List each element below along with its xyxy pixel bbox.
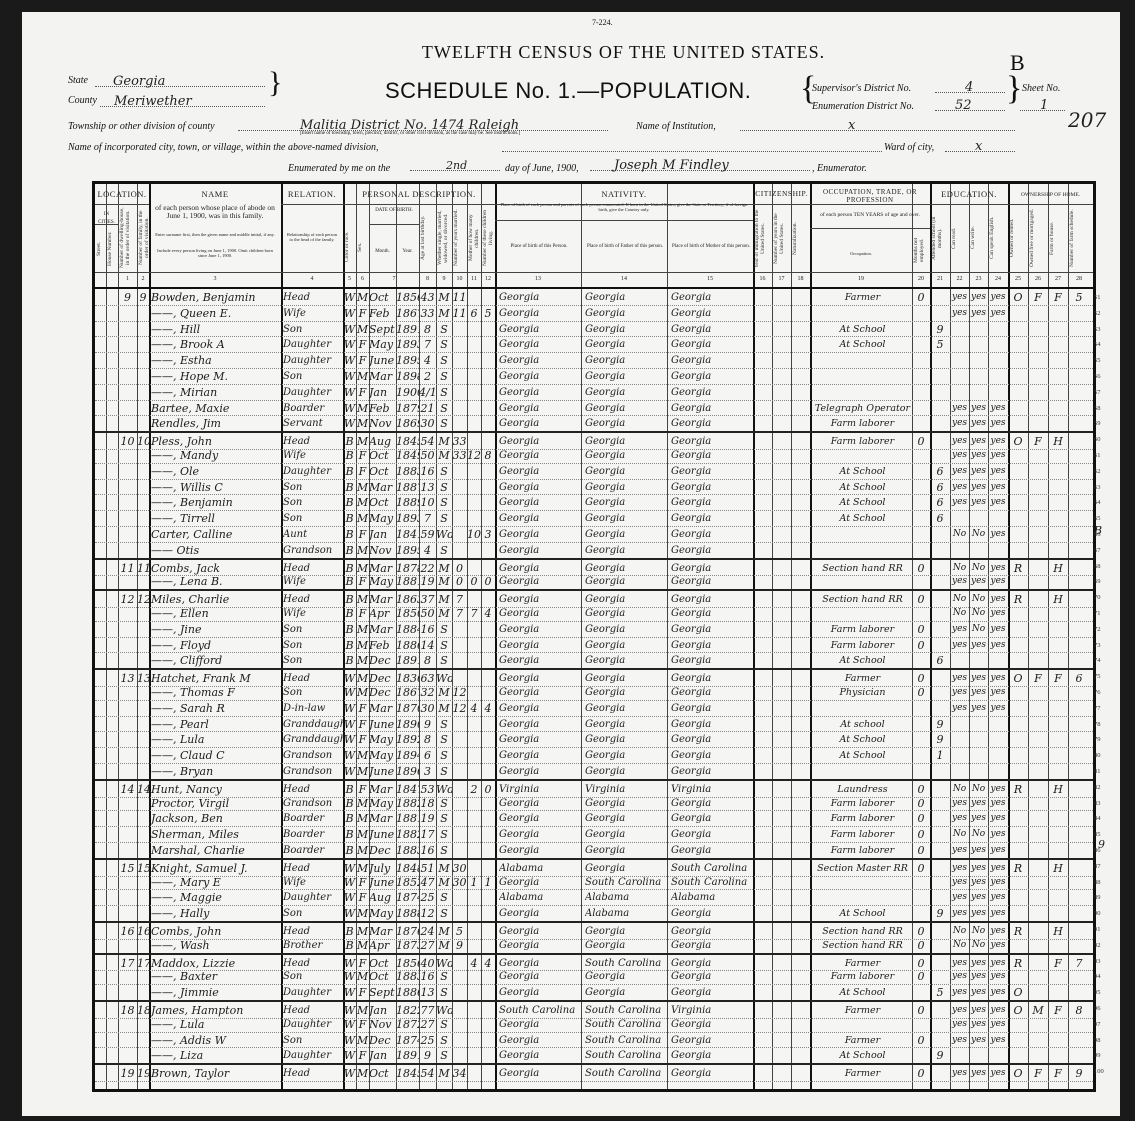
cell-bp[interactable]: Georgia bbox=[499, 415, 581, 431]
cell-bm[interactable]: South Carolina bbox=[671, 874, 753, 890]
cell-mu[interactable] bbox=[912, 447, 930, 463]
cell-name[interactable]: ——, Mandy bbox=[151, 447, 281, 463]
cell-wr[interactable]: yes bbox=[969, 684, 988, 700]
cell-farm[interactable] bbox=[1048, 463, 1068, 479]
cell-farm[interactable]: F bbox=[1048, 1065, 1068, 1081]
cell-occ[interactable]: At School bbox=[813, 747, 912, 763]
cell-year[interactable]: 1850 bbox=[396, 605, 419, 621]
cell-year[interactable]: 1898 bbox=[396, 368, 419, 384]
cell-en[interactable]: yes bbox=[988, 984, 1008, 1000]
cell-fs[interactable] bbox=[1068, 716, 1090, 732]
cell-own[interactable] bbox=[1008, 384, 1028, 400]
cell-name[interactable]: ——, Clifford bbox=[151, 652, 281, 668]
cell-ym[interactable] bbox=[452, 1047, 467, 1063]
cell-occ[interactable]: At School bbox=[813, 321, 912, 337]
cell-dw[interactable] bbox=[118, 384, 137, 400]
cell-dw[interactable] bbox=[118, 937, 137, 953]
cell-ym[interactable]: 12 bbox=[452, 684, 467, 700]
cell-color[interactable]: W bbox=[343, 968, 356, 984]
cell-dw[interactable] bbox=[118, 542, 137, 558]
cell-month[interactable]: Feb bbox=[369, 637, 396, 653]
cell-own[interactable] bbox=[1008, 526, 1028, 542]
cell-dw[interactable] bbox=[118, 716, 137, 732]
cell-color[interactable]: B bbox=[343, 810, 356, 826]
cell-bf[interactable]: Georgia bbox=[585, 400, 667, 416]
cell-month[interactable]: Dec bbox=[369, 652, 396, 668]
cell-bm[interactable]: Georgia bbox=[671, 684, 753, 700]
cell-color[interactable]: W bbox=[343, 1032, 356, 1048]
cell-bm[interactable]: Georgia bbox=[671, 352, 753, 368]
cell-sch[interactable] bbox=[930, 937, 950, 953]
cell-bp[interactable]: Georgia bbox=[499, 621, 581, 637]
cell-bp[interactable]: Georgia bbox=[499, 336, 581, 352]
cell-rd[interactable]: No bbox=[950, 826, 969, 842]
cell-free[interactable] bbox=[1028, 842, 1048, 858]
cell-en[interactable]: yes bbox=[988, 479, 1008, 495]
cell-own[interactable] bbox=[1008, 321, 1028, 337]
cell-cl[interactable] bbox=[481, 763, 495, 779]
cell-year[interactable]: 1896 bbox=[396, 763, 419, 779]
cell-year[interactable]: 1893 bbox=[396, 336, 419, 352]
cell-occ[interactable]: At school bbox=[813, 716, 912, 732]
cell-year[interactable]: 1891 bbox=[396, 321, 419, 337]
cell-fam[interactable] bbox=[137, 352, 149, 368]
cell-sch[interactable]: 5 bbox=[930, 336, 950, 352]
cell-occ[interactable]: Section hand RR bbox=[813, 937, 912, 953]
cell-free[interactable] bbox=[1028, 479, 1048, 495]
cell-year[interactable]: 1881 bbox=[396, 573, 419, 589]
cell-rel[interactable]: Head bbox=[283, 1065, 343, 1081]
cell-sex[interactable]: M bbox=[356, 494, 369, 510]
cell-bf[interactable]: Georgia bbox=[585, 336, 667, 352]
cell-rel[interactable]: Son bbox=[283, 321, 343, 337]
cell-fs[interactable] bbox=[1068, 984, 1090, 1000]
cell-mu[interactable] bbox=[912, 526, 930, 542]
cell-bm[interactable]: Georgia bbox=[671, 368, 753, 384]
cell-sch[interactable] bbox=[930, 842, 950, 858]
cell-farm[interactable] bbox=[1048, 415, 1068, 431]
cell-en[interactable] bbox=[988, 652, 1008, 668]
cell-rel[interactable]: Daughter bbox=[283, 889, 343, 905]
cell-fam[interactable] bbox=[137, 905, 149, 921]
cell-cl[interactable] bbox=[481, 826, 495, 842]
cell-farm[interactable] bbox=[1048, 573, 1068, 589]
cell-fam[interactable] bbox=[137, 795, 149, 811]
cell-month[interactable]: Jan bbox=[369, 1047, 396, 1063]
cell-color[interactable]: W bbox=[343, 874, 356, 890]
cell-fs[interactable] bbox=[1068, 747, 1090, 763]
cell-year[interactable]: 1881 bbox=[396, 810, 419, 826]
cell-color[interactable]: W bbox=[343, 731, 356, 747]
cell-free[interactable] bbox=[1028, 731, 1048, 747]
cell-rd[interactable] bbox=[950, 747, 969, 763]
cell-bf[interactable]: Georgia bbox=[585, 842, 667, 858]
cell-farm[interactable] bbox=[1048, 731, 1068, 747]
cell-free[interactable] bbox=[1028, 447, 1048, 463]
cell-rd[interactable] bbox=[950, 510, 969, 526]
cell-month[interactable]: May bbox=[369, 795, 396, 811]
cell-wr[interactable]: yes bbox=[969, 810, 988, 826]
cell-bm[interactable]: Georgia bbox=[671, 336, 753, 352]
cell-sex[interactable]: M bbox=[356, 842, 369, 858]
cell-wr[interactable] bbox=[969, 352, 988, 368]
cell-mar[interactable]: S bbox=[436, 810, 452, 826]
cell-mu[interactable] bbox=[912, 984, 930, 1000]
cell-farm[interactable] bbox=[1048, 652, 1068, 668]
cell-sex[interactable]: M bbox=[356, 968, 369, 984]
cell-occ[interactable]: Farm laborer bbox=[813, 810, 912, 826]
cell-ym[interactable]: 11 bbox=[452, 289, 467, 305]
cell-rd[interactable]: yes bbox=[950, 621, 969, 637]
cell-age[interactable]: 19 bbox=[419, 810, 436, 826]
cell-name[interactable]: Bartee, Maxie bbox=[151, 400, 281, 416]
cell-name[interactable]: ——, Hope M. bbox=[151, 368, 281, 384]
cell-cl[interactable] bbox=[481, 684, 495, 700]
cell-rd[interactable] bbox=[950, 731, 969, 747]
cell-occ[interactable]: Farm laborer bbox=[813, 968, 912, 984]
cell-age[interactable]: 50 bbox=[419, 447, 436, 463]
cell-bf[interactable]: Georgia bbox=[585, 826, 667, 842]
cell-wr[interactable]: yes bbox=[969, 874, 988, 890]
cell-rd[interactable]: yes bbox=[950, 1065, 969, 1081]
cell-year[interactable]: 1856 bbox=[396, 289, 419, 305]
cell-wr[interactable]: yes bbox=[969, 1065, 988, 1081]
cell-free[interactable] bbox=[1028, 368, 1048, 384]
cell-occ[interactable]: At School bbox=[813, 984, 912, 1000]
cell-ym[interactable]: 7 bbox=[452, 605, 467, 621]
cell-bf[interactable]: Georgia bbox=[585, 937, 667, 953]
cell-cl[interactable]: 4 bbox=[481, 700, 495, 716]
cell-sex[interactable]: M bbox=[356, 795, 369, 811]
cell-fs[interactable] bbox=[1068, 463, 1090, 479]
cell-age[interactable]: 19 bbox=[419, 573, 436, 589]
cell-name[interactable]: ——, Tirrell bbox=[151, 510, 281, 526]
cell-bp[interactable]: Georgia bbox=[499, 605, 581, 621]
cell-month[interactable]: June bbox=[369, 716, 396, 732]
cell-own[interactable] bbox=[1008, 463, 1028, 479]
cell-bm[interactable]: Georgia bbox=[671, 700, 753, 716]
cell-free[interactable] bbox=[1028, 336, 1048, 352]
cell-own[interactable] bbox=[1008, 763, 1028, 779]
cell-name[interactable]: ——, Hill bbox=[151, 321, 281, 337]
cell-month[interactable]: Mar bbox=[369, 700, 396, 716]
cell-age[interactable]: 8 bbox=[419, 321, 436, 337]
cell-rel[interactable]: Daughter bbox=[283, 463, 343, 479]
cell-mar[interactable]: M bbox=[436, 874, 452, 890]
cell-fs[interactable] bbox=[1068, 336, 1090, 352]
cell-bf[interactable]: South Carolina bbox=[585, 874, 667, 890]
cell-sch[interactable]: 6 bbox=[930, 652, 950, 668]
cell-bf[interactable]: South Carolina bbox=[585, 1032, 667, 1048]
cell-wr[interactable]: yes bbox=[969, 289, 988, 305]
cell-bp[interactable]: Georgia bbox=[499, 510, 581, 526]
cell-en[interactable]: yes bbox=[988, 463, 1008, 479]
cell-fs[interactable] bbox=[1068, 621, 1090, 637]
cell-fam[interactable] bbox=[137, 447, 149, 463]
cell-wr[interactable]: yes bbox=[969, 889, 988, 905]
cell-rel[interactable]: Daughter bbox=[283, 352, 343, 368]
cell-sch[interactable] bbox=[930, 400, 950, 416]
cell-free[interactable] bbox=[1028, 716, 1048, 732]
cell-en[interactable] bbox=[988, 1047, 1008, 1063]
cell-dw[interactable] bbox=[118, 652, 137, 668]
cell-month[interactable]: Aug bbox=[369, 889, 396, 905]
cell-fs[interactable] bbox=[1068, 352, 1090, 368]
cell-name[interactable]: Sherman, Miles bbox=[151, 826, 281, 842]
cell-rel[interactable]: Boarder bbox=[283, 400, 343, 416]
cell-occ[interactable]: Farm laborer bbox=[813, 826, 912, 842]
cell-mar[interactable]: S bbox=[436, 905, 452, 921]
cell-age[interactable]: 13 bbox=[419, 479, 436, 495]
cell-bp[interactable]: Georgia bbox=[499, 984, 581, 1000]
cell-age[interactable]: 13 bbox=[419, 984, 436, 1000]
cell-bp[interactable]: Georgia bbox=[499, 526, 581, 542]
cell-fam[interactable] bbox=[137, 368, 149, 384]
cell-own[interactable] bbox=[1008, 336, 1028, 352]
cell-rd[interactable]: yes bbox=[950, 463, 969, 479]
cell-bm[interactable]: Georgia bbox=[671, 984, 753, 1000]
cell-rel[interactable]: Wife bbox=[283, 874, 343, 890]
cell-bp[interactable]: Georgia bbox=[499, 874, 581, 890]
cell-moc[interactable] bbox=[467, 652, 481, 668]
cell-color[interactable]: B bbox=[343, 479, 356, 495]
cell-fs[interactable] bbox=[1068, 542, 1090, 558]
cell-sch[interactable]: 6 bbox=[930, 494, 950, 510]
cell-mar[interactable]: S bbox=[436, 352, 452, 368]
cell-dw[interactable] bbox=[118, 968, 137, 984]
cell-color[interactable]: B bbox=[343, 937, 356, 953]
cell-ym[interactable] bbox=[452, 1016, 467, 1032]
cell-age[interactable]: 3 bbox=[419, 763, 436, 779]
cell-year[interactable]: 1867 bbox=[396, 684, 419, 700]
cell-fs[interactable] bbox=[1068, 652, 1090, 668]
cell-bp[interactable]: Georgia bbox=[499, 842, 581, 858]
cell-age[interactable]: 8 bbox=[419, 731, 436, 747]
cell-own[interactable] bbox=[1008, 716, 1028, 732]
cell-name[interactable]: ——, Benjamin bbox=[151, 494, 281, 510]
cell-month[interactable]: May bbox=[369, 573, 396, 589]
cell-farm[interactable] bbox=[1048, 479, 1068, 495]
cell-sch[interactable] bbox=[930, 542, 950, 558]
cell-rel[interactable]: Daughter bbox=[283, 984, 343, 1000]
cell-color[interactable]: W bbox=[343, 336, 356, 352]
cell-farm[interactable] bbox=[1048, 494, 1068, 510]
cell-fam[interactable] bbox=[137, 605, 149, 621]
cell-name[interactable]: ——, Ellen bbox=[151, 605, 281, 621]
cell-en[interactable] bbox=[988, 510, 1008, 526]
cell-rd[interactable]: yes bbox=[950, 842, 969, 858]
cell-fs[interactable] bbox=[1068, 1047, 1090, 1063]
cell-en[interactable]: yes bbox=[988, 447, 1008, 463]
cell-rd[interactable]: yes bbox=[950, 1016, 969, 1032]
cell-own[interactable] bbox=[1008, 874, 1028, 890]
cell-farm[interactable] bbox=[1048, 763, 1068, 779]
cell-name[interactable]: ——, Ole bbox=[151, 463, 281, 479]
cell-bp[interactable]: Georgia bbox=[499, 289, 581, 305]
cell-dw[interactable] bbox=[118, 605, 137, 621]
cell-sch[interactable]: 6 bbox=[930, 463, 950, 479]
cell-farm[interactable] bbox=[1048, 542, 1068, 558]
cell-ym[interactable] bbox=[452, 795, 467, 811]
cell-name[interactable]: Rendles, Jim bbox=[151, 415, 281, 431]
cell-mu[interactable] bbox=[912, 1016, 930, 1032]
cell-occ[interactable] bbox=[813, 526, 912, 542]
cell-farm[interactable] bbox=[1048, 1047, 1068, 1063]
cell-mar[interactable]: S bbox=[436, 652, 452, 668]
cell-month[interactable]: May bbox=[369, 336, 396, 352]
cell-farm[interactable] bbox=[1048, 747, 1068, 763]
cell-fs[interactable] bbox=[1068, 400, 1090, 416]
cell-age[interactable]: 7 bbox=[419, 336, 436, 352]
cell-ym[interactable]: 30 bbox=[452, 874, 467, 890]
cell-age[interactable]: 18 bbox=[419, 795, 436, 811]
cell-moc[interactable] bbox=[467, 1016, 481, 1032]
cell-age[interactable]: 54 bbox=[419, 1065, 436, 1081]
cell-wr[interactable]: yes bbox=[969, 463, 988, 479]
cell-bf[interactable]: Georgia bbox=[585, 684, 667, 700]
cell-month[interactable]: Nov bbox=[369, 1016, 396, 1032]
cell-sex[interactable]: M bbox=[356, 826, 369, 842]
cell-ym[interactable] bbox=[452, 637, 467, 653]
cell-age[interactable]: 21 bbox=[419, 400, 436, 416]
cell-moc[interactable]: 6 bbox=[467, 305, 481, 321]
cell-moc[interactable] bbox=[467, 716, 481, 732]
cell-mar[interactable]: M bbox=[436, 605, 452, 621]
cell-wr[interactable]: No bbox=[969, 826, 988, 842]
cell-rel[interactable]: Son bbox=[283, 1032, 343, 1048]
cell-bp[interactable]: Georgia bbox=[499, 652, 581, 668]
cell-sex[interactable]: F bbox=[356, 731, 369, 747]
cell-name[interactable]: ——, Pearl bbox=[151, 716, 281, 732]
cell-en[interactable]: yes bbox=[988, 874, 1008, 890]
cell-dw[interactable] bbox=[118, 400, 137, 416]
cell-name[interactable]: ——, Lula bbox=[151, 731, 281, 747]
cell-name[interactable]: ——, Maggie bbox=[151, 889, 281, 905]
cell-sch[interactable] bbox=[930, 874, 950, 890]
cell-rel[interactable]: Boarder bbox=[283, 826, 343, 842]
cell-color[interactable]: W bbox=[343, 1065, 356, 1081]
cell-bp[interactable]: Georgia bbox=[499, 542, 581, 558]
cell-en[interactable]: yes bbox=[988, 889, 1008, 905]
cell-mu[interactable]: 0 bbox=[912, 937, 930, 953]
cell-rd[interactable]: yes bbox=[950, 874, 969, 890]
cell-occ[interactable]: Farm laborer bbox=[813, 795, 912, 811]
cell-mu[interactable]: 0 bbox=[912, 1032, 930, 1048]
cell-moc[interactable] bbox=[467, 621, 481, 637]
cell-free[interactable]: F bbox=[1028, 1065, 1048, 1081]
cell-mu[interactable] bbox=[912, 368, 930, 384]
cell-mu[interactable] bbox=[912, 321, 930, 337]
cell-moc[interactable] bbox=[467, 937, 481, 953]
cell-rd[interactable]: yes bbox=[950, 889, 969, 905]
cell-ym[interactable] bbox=[452, 731, 467, 747]
cell-bf[interactable]: Georgia bbox=[585, 605, 667, 621]
cell-ym[interactable] bbox=[452, 1032, 467, 1048]
cell-color[interactable]: W bbox=[343, 368, 356, 384]
cell-bf[interactable]: South Carolina bbox=[585, 1016, 667, 1032]
cell-mu[interactable] bbox=[912, 305, 930, 321]
cell-ym[interactable] bbox=[452, 889, 467, 905]
cell-age[interactable]: 9 bbox=[419, 1047, 436, 1063]
cell-mar[interactable]: S bbox=[436, 1047, 452, 1063]
cell-occ[interactable]: At School bbox=[813, 479, 912, 495]
cell-moc[interactable] bbox=[467, 415, 481, 431]
institution-field[interactable]: x bbox=[740, 116, 1015, 131]
cell-age[interactable]: 16 bbox=[419, 621, 436, 637]
cell-mu[interactable]: 0 bbox=[912, 621, 930, 637]
cell-year[interactable]: 1852 bbox=[396, 874, 419, 890]
cell-rel[interactable]: Wife bbox=[283, 605, 343, 621]
cell-name[interactable]: Bowden, Benjamin bbox=[151, 289, 281, 305]
cell-month[interactable]: Jan bbox=[369, 384, 396, 400]
cell-bm[interactable]: Alabama bbox=[671, 889, 753, 905]
cell-moc[interactable] bbox=[467, 763, 481, 779]
cell-mar[interactable]: Wd bbox=[436, 526, 452, 542]
cell-fam[interactable] bbox=[137, 700, 149, 716]
cell-moc[interactable] bbox=[467, 368, 481, 384]
cell-moc[interactable]: 10 bbox=[467, 526, 481, 542]
cell-rel[interactable]: Grandson bbox=[283, 542, 343, 558]
cell-age[interactable]: 4 bbox=[419, 352, 436, 368]
cell-ym[interactable] bbox=[452, 336, 467, 352]
cell-fs[interactable]: 9 bbox=[1068, 1065, 1090, 1081]
cell-name[interactable]: ——, Lula bbox=[151, 1016, 281, 1032]
cell-en[interactable] bbox=[988, 747, 1008, 763]
cell-bf[interactable]: Georgia bbox=[585, 447, 667, 463]
cell-own[interactable] bbox=[1008, 842, 1028, 858]
cell-year[interactable]: 1883 bbox=[396, 463, 419, 479]
cell-mar[interactable]: S bbox=[436, 984, 452, 1000]
cell-bf[interactable]: Alabama bbox=[585, 889, 667, 905]
cell-ym[interactable] bbox=[452, 494, 467, 510]
cell-age[interactable]: 14 bbox=[419, 637, 436, 653]
cell-free[interactable] bbox=[1028, 305, 1048, 321]
cell-fs[interactable] bbox=[1068, 526, 1090, 542]
cell-free[interactable] bbox=[1028, 1047, 1048, 1063]
cell-fam[interactable] bbox=[137, 684, 149, 700]
cell-farm[interactable] bbox=[1048, 795, 1068, 811]
cell-own[interactable] bbox=[1008, 494, 1028, 510]
cell-sex[interactable]: F bbox=[356, 352, 369, 368]
cell-bf[interactable]: Georgia bbox=[585, 747, 667, 763]
cell-mu[interactable] bbox=[912, 573, 930, 589]
cell-sex[interactable]: F bbox=[356, 336, 369, 352]
cell-bm[interactable]: Georgia bbox=[671, 573, 753, 589]
cell-sch[interactable] bbox=[930, 526, 950, 542]
cell-dw[interactable] bbox=[118, 795, 137, 811]
cell-age[interactable]: 27 bbox=[419, 1016, 436, 1032]
cell-wr[interactable]: yes bbox=[969, 795, 988, 811]
cell-mu[interactable] bbox=[912, 463, 930, 479]
cell-bf[interactable]: Georgia bbox=[585, 526, 667, 542]
cell-age[interactable]: 30 bbox=[419, 700, 436, 716]
cell-occ[interactable]: Farmer bbox=[813, 1032, 912, 1048]
cell-bp[interactable]: Georgia bbox=[499, 968, 581, 984]
cell-age[interactable]: 9 bbox=[419, 716, 436, 732]
cell-rel[interactable]: Son bbox=[283, 621, 343, 637]
cell-name[interactable]: ——, Thomas F bbox=[151, 684, 281, 700]
cell-age[interactable]: 6 bbox=[419, 747, 436, 763]
cell-fam[interactable] bbox=[137, 542, 149, 558]
cell-fs[interactable] bbox=[1068, 605, 1090, 621]
cell-color[interactable]: B bbox=[343, 447, 356, 463]
cell-fs[interactable] bbox=[1068, 874, 1090, 890]
township-field[interactable]: Malitia District No. 1474 Raleigh bbox=[238, 116, 608, 131]
cell-dw[interactable]: 19 bbox=[118, 1065, 137, 1081]
cell-moc[interactable] bbox=[467, 289, 481, 305]
cell-cl[interactable] bbox=[481, 368, 495, 384]
cell-wr[interactable]: yes bbox=[969, 494, 988, 510]
